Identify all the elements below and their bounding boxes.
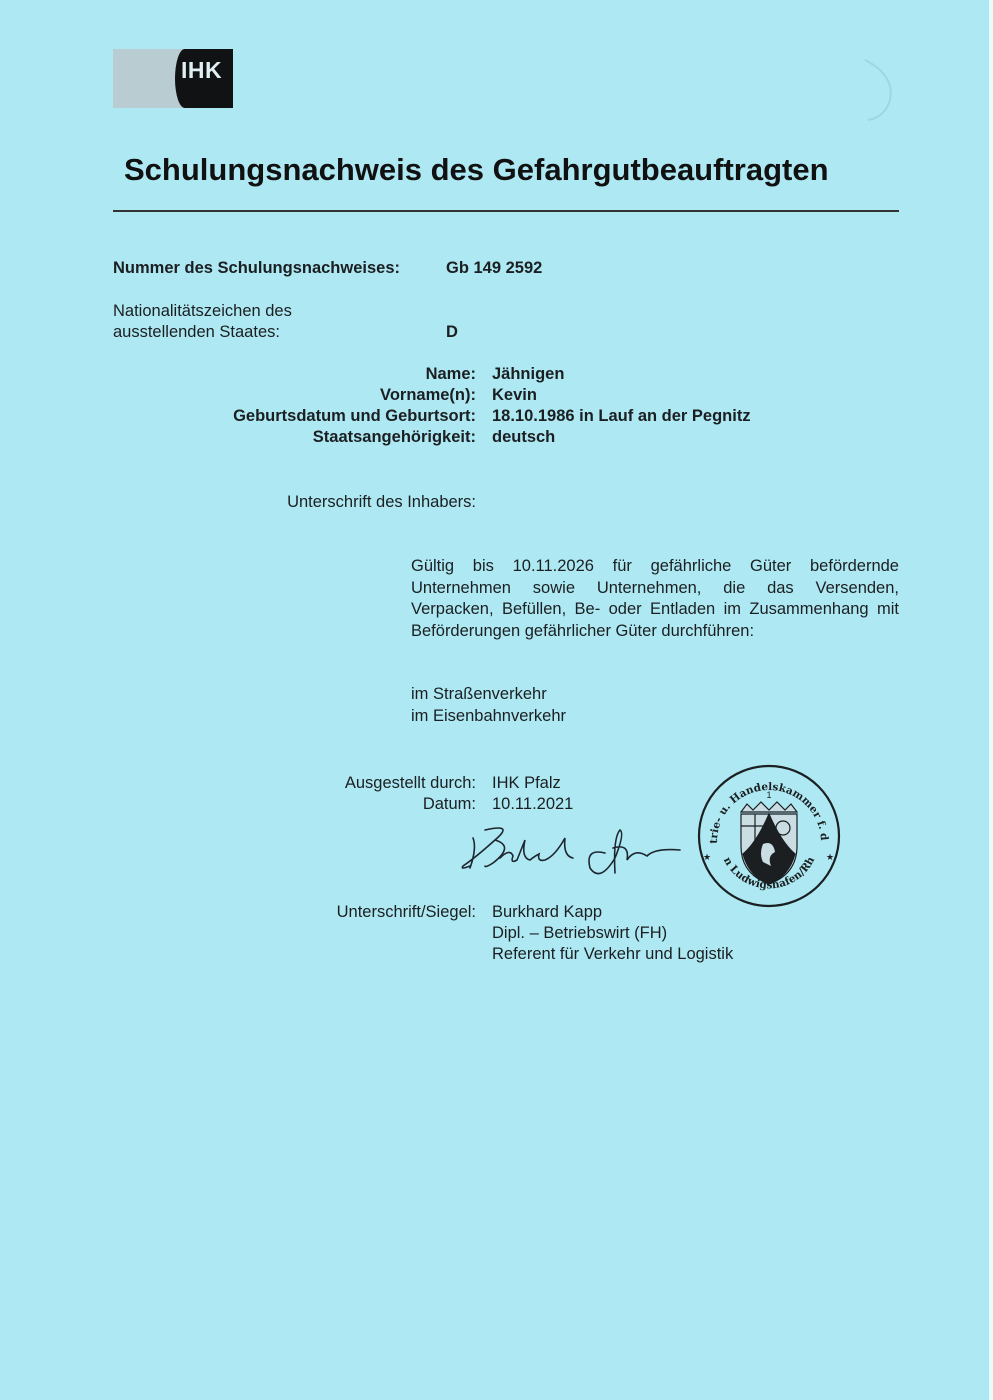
transport-mode-road: im Straßenverkehr [411, 684, 547, 705]
document-title: Schulungsnachweis des Gefahrgutbeauftrag… [124, 152, 829, 188]
issued-by-label: Ausgestellt durch: [345, 773, 476, 794]
date-value: 10.11.2021 [492, 794, 573, 815]
embossed-watermark [860, 55, 900, 125]
signatory-degree: Dipl. – Betriebswirt (FH) [492, 923, 667, 944]
citizenship-label: Staatsangehörigkeit: [313, 427, 476, 448]
ihk-logo: IHK [113, 49, 233, 108]
certificate-number-value: Gb 149 2592 [446, 258, 542, 279]
page-edge [989, 0, 993, 1400]
official-seal-icon: Industrie- u. Handelskammer f. d. Pfalz … [695, 762, 843, 910]
birth-label: Geburtsdatum und Geburtsort: [233, 406, 476, 427]
validity-text: Gültig bis 10.11.2026 für gefährliche Gü… [411, 556, 899, 642]
birth-value: 18.10.1986 in Lauf an der Pegnitz [492, 406, 751, 427]
citizenship-value: deutsch [492, 427, 555, 448]
first-name-label: Vorname(n): [380, 385, 476, 406]
svg-text:★: ★ [826, 852, 834, 862]
nationality-value: D [446, 322, 458, 343]
holder-signature-label: Unterschrift des Inhabers: [287, 492, 476, 513]
nationality-label-line2: ausstellenden Staates: [113, 322, 280, 343]
issued-by-value: IHK Pfalz [492, 773, 561, 794]
transport-mode-rail: im Eisenbahnverkehr [411, 706, 566, 727]
nationality-label-line1: Nationalitätszeichen des [113, 301, 292, 322]
handwritten-signature [455, 818, 695, 888]
signatory-role: Referent für Verkehr und Logistik [492, 944, 733, 965]
first-name-value: Kevin [492, 385, 537, 406]
name-label: Name: [426, 364, 476, 385]
svg-text:★: ★ [703, 852, 711, 862]
signature-seal-label: Unterschrift/Siegel: [337, 902, 476, 923]
svg-text:1: 1 [766, 790, 771, 800]
date-label: Datum: [423, 794, 476, 815]
title-divider [113, 210, 899, 212]
signatory-name: Burkhard Kapp [492, 902, 602, 923]
name-value: Jähnigen [492, 364, 564, 385]
certificate-number-label: Nummer des Schulungsnachweises: [113, 258, 400, 279]
